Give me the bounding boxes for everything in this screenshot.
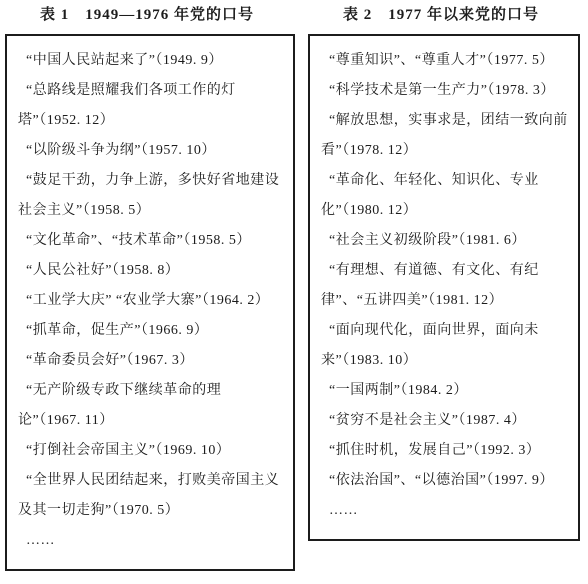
table-1-title: 表 1 1949—1976 年党的口号 (0, 0, 294, 34)
slogan-line: “以阶级斗争为纲”（1957. 10） (18, 136, 283, 166)
slogan-line: “革命化、年轻化、知识化、专业化”（1980. 12） (321, 166, 568, 226)
slogan-line: “中国人民站起来了”（1949. 9） (18, 46, 283, 76)
slogan-line: “无产阶级专政下继续革命的理论”（1967. 11） (18, 376, 283, 436)
slogan-line: …… (321, 496, 568, 526)
slogan-line: “面向现代化，面向世界，面向未来”（1983. 10） (321, 316, 568, 376)
slogan-line: “抓住时机，发展自己”（1992. 3） (321, 436, 568, 466)
table-1-slogan-box: “中国人民站起来了”（1949. 9）“总路线是照耀我们各项工作的灯塔”（195… (5, 34, 295, 571)
slogan-line: “人民公社好”（1958. 8） (18, 256, 283, 286)
slogan-line: “抓革命，促生产”（1966. 9） (18, 316, 283, 346)
document-page: 表 1 1949—1976 年党的口号 “中国人民站起来了”（1949. 9）“… (0, 0, 588, 571)
slogan-line: “科学技术是第一生产力”（1978. 3） (321, 76, 568, 106)
slogan-line: “革命委员会好”（1967. 3） (18, 346, 283, 376)
slogan-line: “有理想、有道德、有文化、有纪律”、“五讲四美”（1981. 12） (321, 256, 568, 316)
slogan-line: “工业学大庆” “农业学大寨”（1964. 2） (18, 286, 283, 316)
slogan-line: “社会主义初级阶段”（1981. 6） (321, 226, 568, 256)
slogan-line: “依法治国”、“以德治国”（1997. 9） (321, 466, 568, 496)
slogan-line: “一国两制”（1984. 2） (321, 376, 568, 406)
slogan-line: “鼓足干劲，力争上游，多快好省地建设社会主义”（1958. 5） (18, 166, 283, 226)
slogan-line: “打倒社会帝国主义”（1969. 10） (18, 436, 283, 466)
slogan-line: “贫穷不是社会主义”（1987. 4） (321, 406, 568, 436)
slogan-line: “全世界人民团结起来，打败美帝国主义及其一切走狗”（1970. 5） (18, 466, 283, 526)
slogan-line: …… (18, 526, 283, 556)
table-2-column: 表 2 1977 年以来党的口号 “尊重知识”、“尊重人才”（1977. 5）“… (294, 0, 588, 571)
slogan-line: “尊重知识”、“尊重人才”（1977. 5） (321, 46, 568, 76)
slogan-line: “解放思想，实事求是，团结一致向前看”（1978. 12） (321, 106, 568, 166)
table-2-title: 表 2 1977 年以来党的口号 (294, 0, 588, 34)
table-2-slogan-box: “尊重知识”、“尊重人才”（1977. 5）“科学技术是第一生产力”（1978.… (308, 34, 580, 541)
slogan-line: “总路线是照耀我们各项工作的灯塔”（1952. 12） (18, 76, 283, 136)
slogan-line: “文化革命”、“技术革命”（1958. 5） (18, 226, 283, 256)
table-1-column: 表 1 1949—1976 年党的口号 “中国人民站起来了”（1949. 9）“… (0, 0, 294, 571)
